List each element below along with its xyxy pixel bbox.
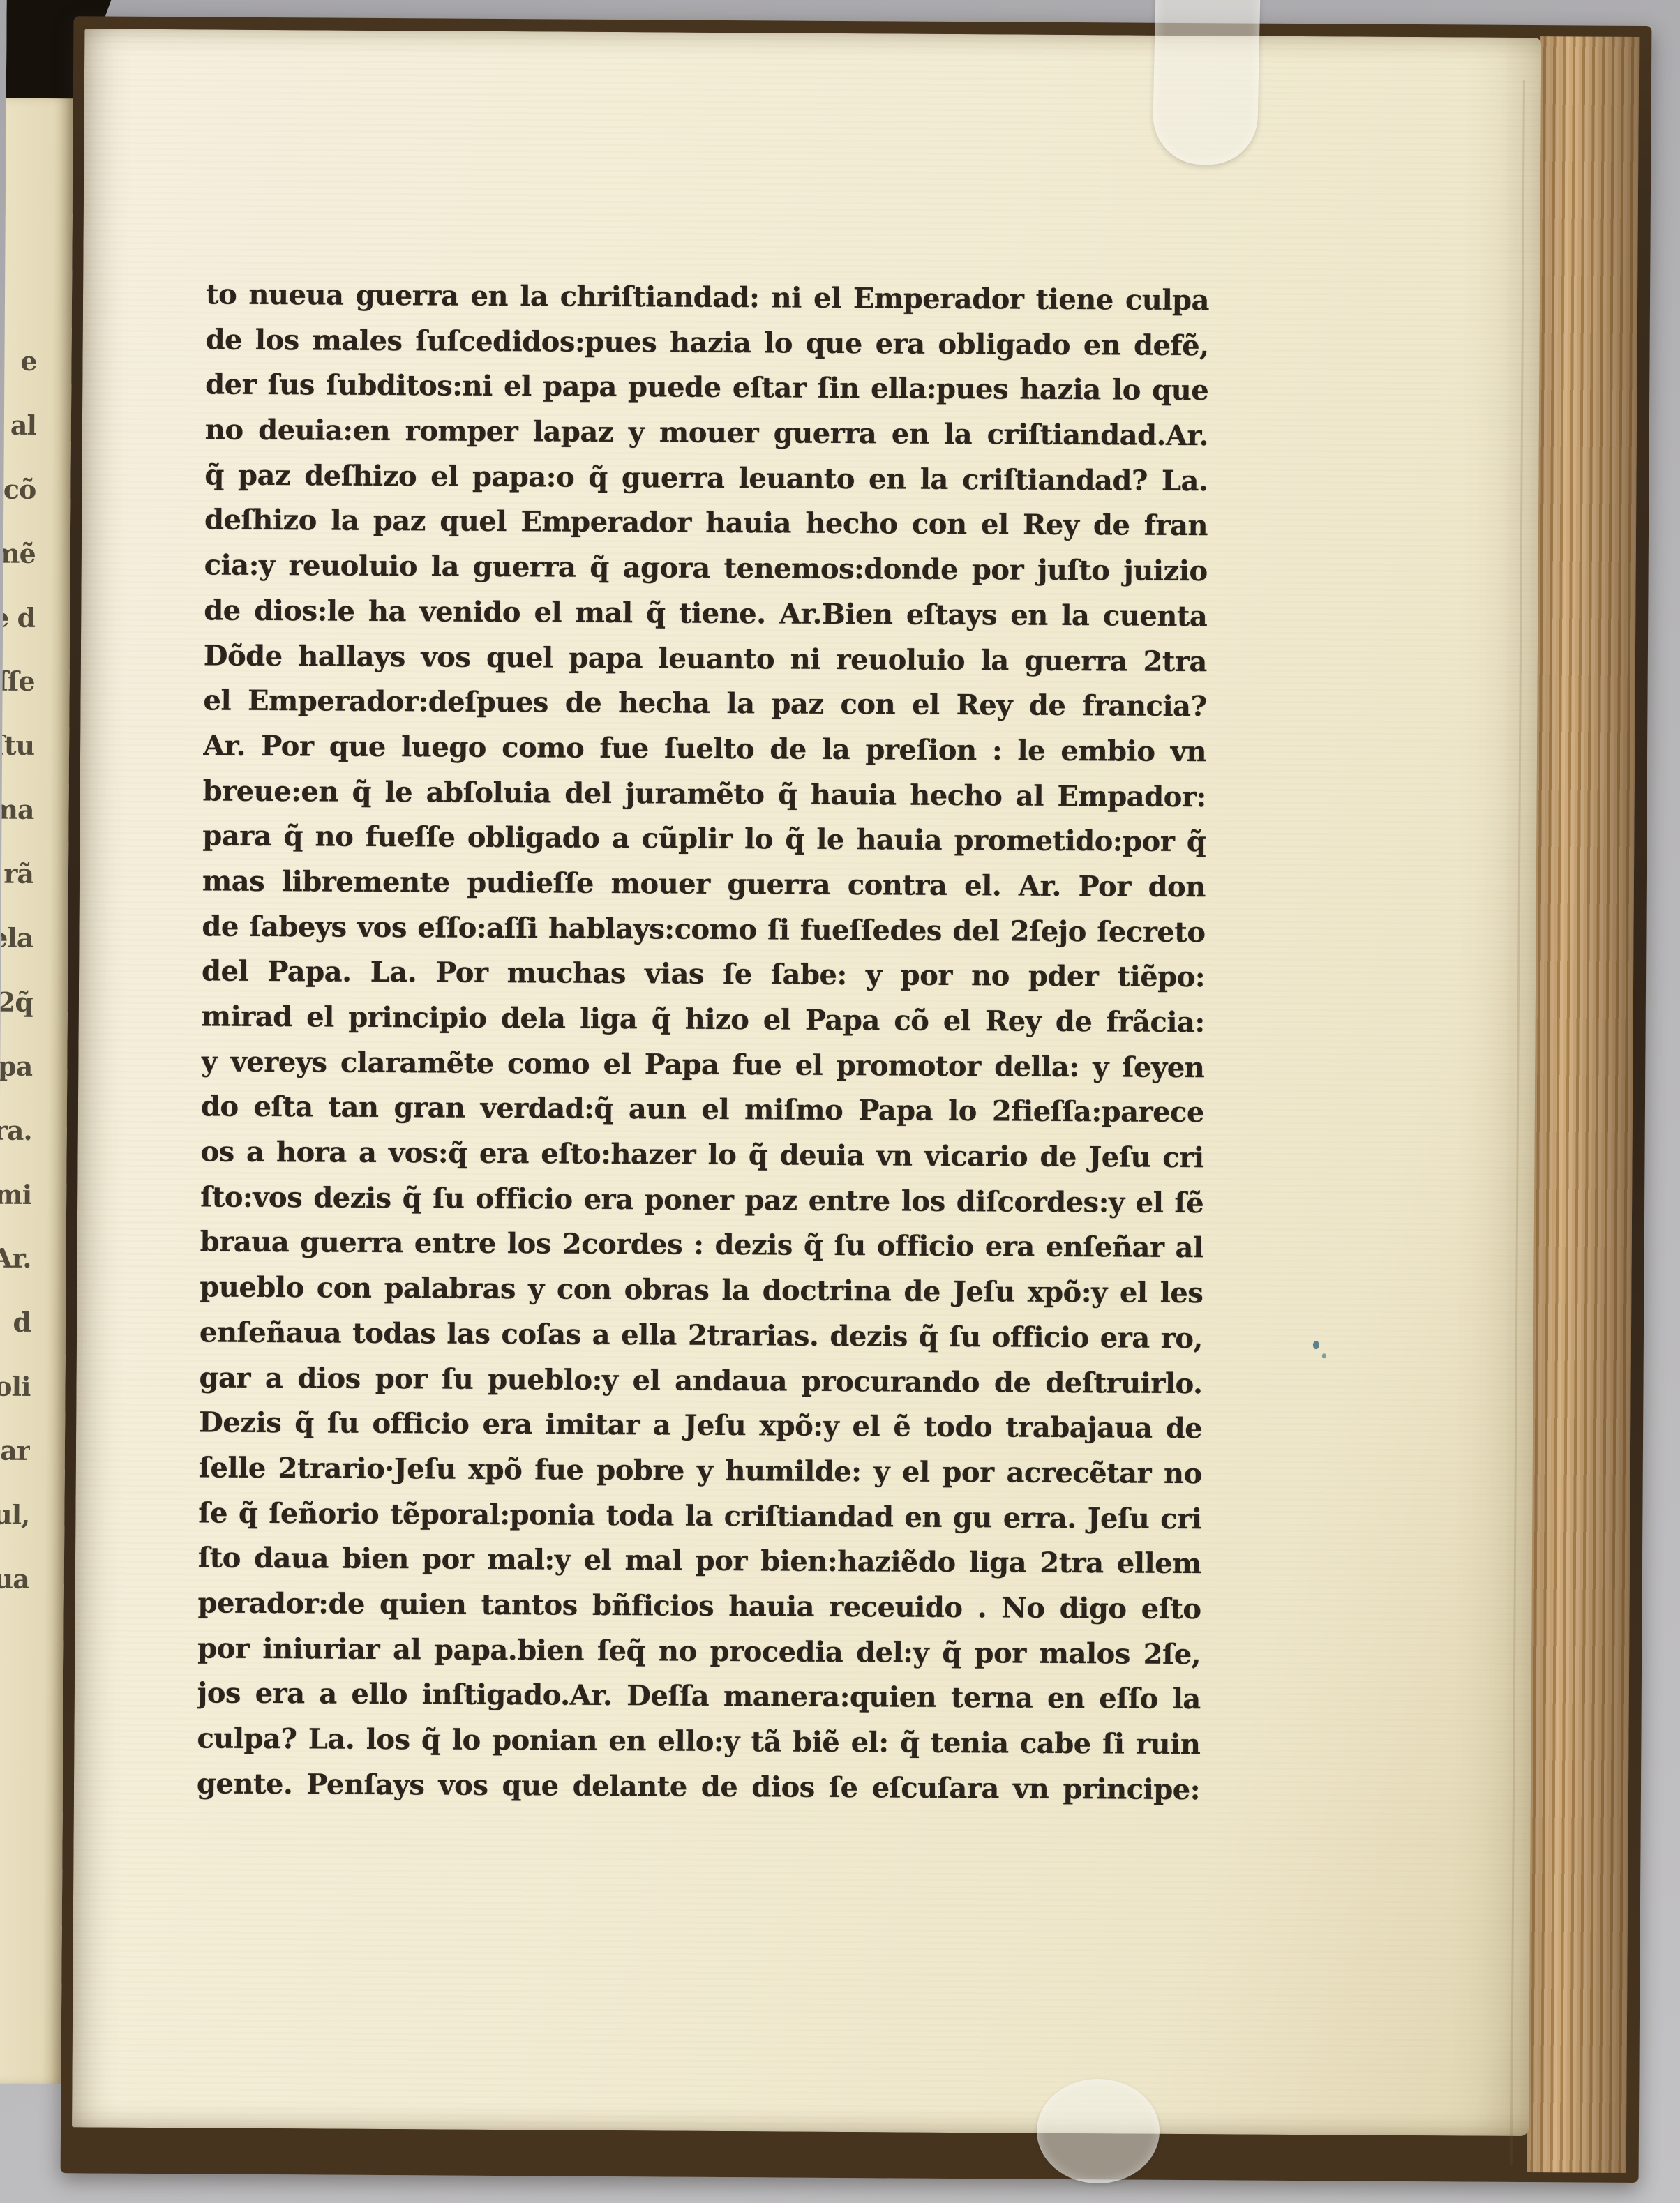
text-line: q̃ paz deſhizo el papa:o q̃ guerra leuan… [204,453,1208,504]
text-line: gente. Penſays vos que delante de dios ſ… [197,1761,1200,1812]
text-line: cia:y reuoluio la guerra q̃ agora tenemo… [204,543,1207,594]
text-line: der ſus ſubditos:ni el papa puede eſtar … [205,363,1208,414]
ink-stain [1322,1353,1326,1358]
page-fragment: cõ [3,470,36,508]
page-crease [1510,80,1525,2165]
page-fragment: eſſe [2,663,34,700]
prev-page-fragments: e al cõ mẽ e d eſſe ſtu ma rã ſela 2q̃ p… [0,343,47,1598]
page-text-block: to nueua guerra en la chriſtiandad: ni e… [197,272,1209,1812]
text-line: del Papa. La. Por muchas vias ſe ſabe: y… [202,949,1205,1000]
page-fragment: ma [1,791,33,829]
page-fragment: ſtu [2,727,34,765]
text-line: de ſabeys vos eſſo:aſſi hablays:como ſi … [202,904,1205,955]
text-line: ſe q̃ ſeñorio tẽporal:ponia toda la criſ… [198,1491,1201,1542]
text-line: do eſta tan gran verdad:q̃ aun el miſmo … [201,1085,1204,1136]
text-line: mas libremente pudieſſe mouer guerra con… [202,859,1206,910]
text-line: el Emperador:deſpues de hecha la paz con… [203,679,1206,730]
mounting-tab-top [1152,0,1260,166]
page-fragment: ua [0,1561,29,1598]
text-line: Ar. Por que luego como fue ſuelto de la … [203,723,1206,774]
page-fragment: Ar. [0,1240,31,1277]
book: e al cõ mẽ e d eſſe ſtu ma rã ſela 2q̃ p… [0,0,1680,2203]
ink-stain [1313,1341,1319,1349]
text-line: y vereys claramẽte como el Papa fue el p… [201,1039,1204,1090]
text-line: ſto:vos dezis q̃ ſu officio era poner pa… [200,1175,1203,1226]
page-fragment: ar [0,1432,30,1470]
page-fragment: mẽ [3,534,36,572]
page-fragment: 2q̃ [1,984,33,1021]
text-line: deſhizo la paz quel Emperador hauia hech… [204,498,1208,549]
page-fragment: oli [0,1368,31,1406]
photo-backdrop: e al cõ mẽ e d eſſe ſtu ma rã ſela 2q̃ p… [0,0,1680,2203]
text-line: para q̃ no fueſſe obligado a cũplir lo q… [202,814,1206,865]
text-line: perador:de quien tantos bñficios hauia r… [197,1581,1201,1632]
mounting-tab-bottom [1037,2079,1160,2183]
text-line: ſelle 2trario·Jeſu xpõ fue pobre y humil… [199,1445,1202,1496]
page-fragment: rã [1,855,33,893]
text-line: pueblo con palabras y con obras la doctr… [200,1265,1203,1316]
text-line: Dõde hallays vos quel papa leuanto ni re… [204,633,1207,684]
page-fragment: ra. [0,1111,32,1149]
text-line: enſeñaua todas las coſas a ella 2trarias… [200,1310,1203,1361]
page-fragment: al [4,407,36,444]
text-line: por iniuriar al papa.bien ſeq̃ no proced… [197,1626,1201,1677]
page-fragment: ul, [0,1496,30,1534]
page-fragment: e [4,343,36,380]
page-fragment: e d [3,599,35,636]
text-line: os a hora a vos:q̃ era eſto:hazer lo q̃ … [200,1129,1203,1180]
prev-page-edge: e al cõ mẽ e d eſſe ſtu ma rã ſela 2q̃ p… [0,98,73,2084]
text-line: braua guerra entre los 2cordes : dezis q… [200,1220,1203,1271]
text-line: jos era a ello inſtigado.Ar. Deſſa maner… [197,1671,1201,1722]
text-line: breue:en q̃ le abſoluia del juramẽto q̃ … [203,769,1206,820]
text-line: Dezis q̃ ſu officio era imitar a Jeſu xp… [199,1401,1202,1452]
page-fragment: mi [0,1175,31,1213]
page-fragment: d [0,1304,31,1341]
page-fragment: ſela [1,919,33,957]
text-line: gar a dios por ſu pueblo:y el andaua pro… [199,1355,1202,1406]
text-line: no deuia:en romper lapaz y mouer guerra … [205,407,1208,458]
text-line: to nueua guerra en la chriſtiandad: ni e… [206,272,1209,323]
text-line: culpa? La. los q̃ lo ponian en ello:y tã… [197,1716,1200,1767]
text-line: ſto daua bien por mal:y el mal por bien:… [198,1536,1201,1587]
text-line: de dios:le ha venido el mal q̃ tiene. Ar… [204,588,1207,639]
page-fragment: pa [0,1047,32,1085]
text-line: mirad el principio dela liga q̃ hizo el … [202,994,1205,1045]
text-line: de los males ſuſcedidos:pues hazia lo qu… [205,317,1208,368]
